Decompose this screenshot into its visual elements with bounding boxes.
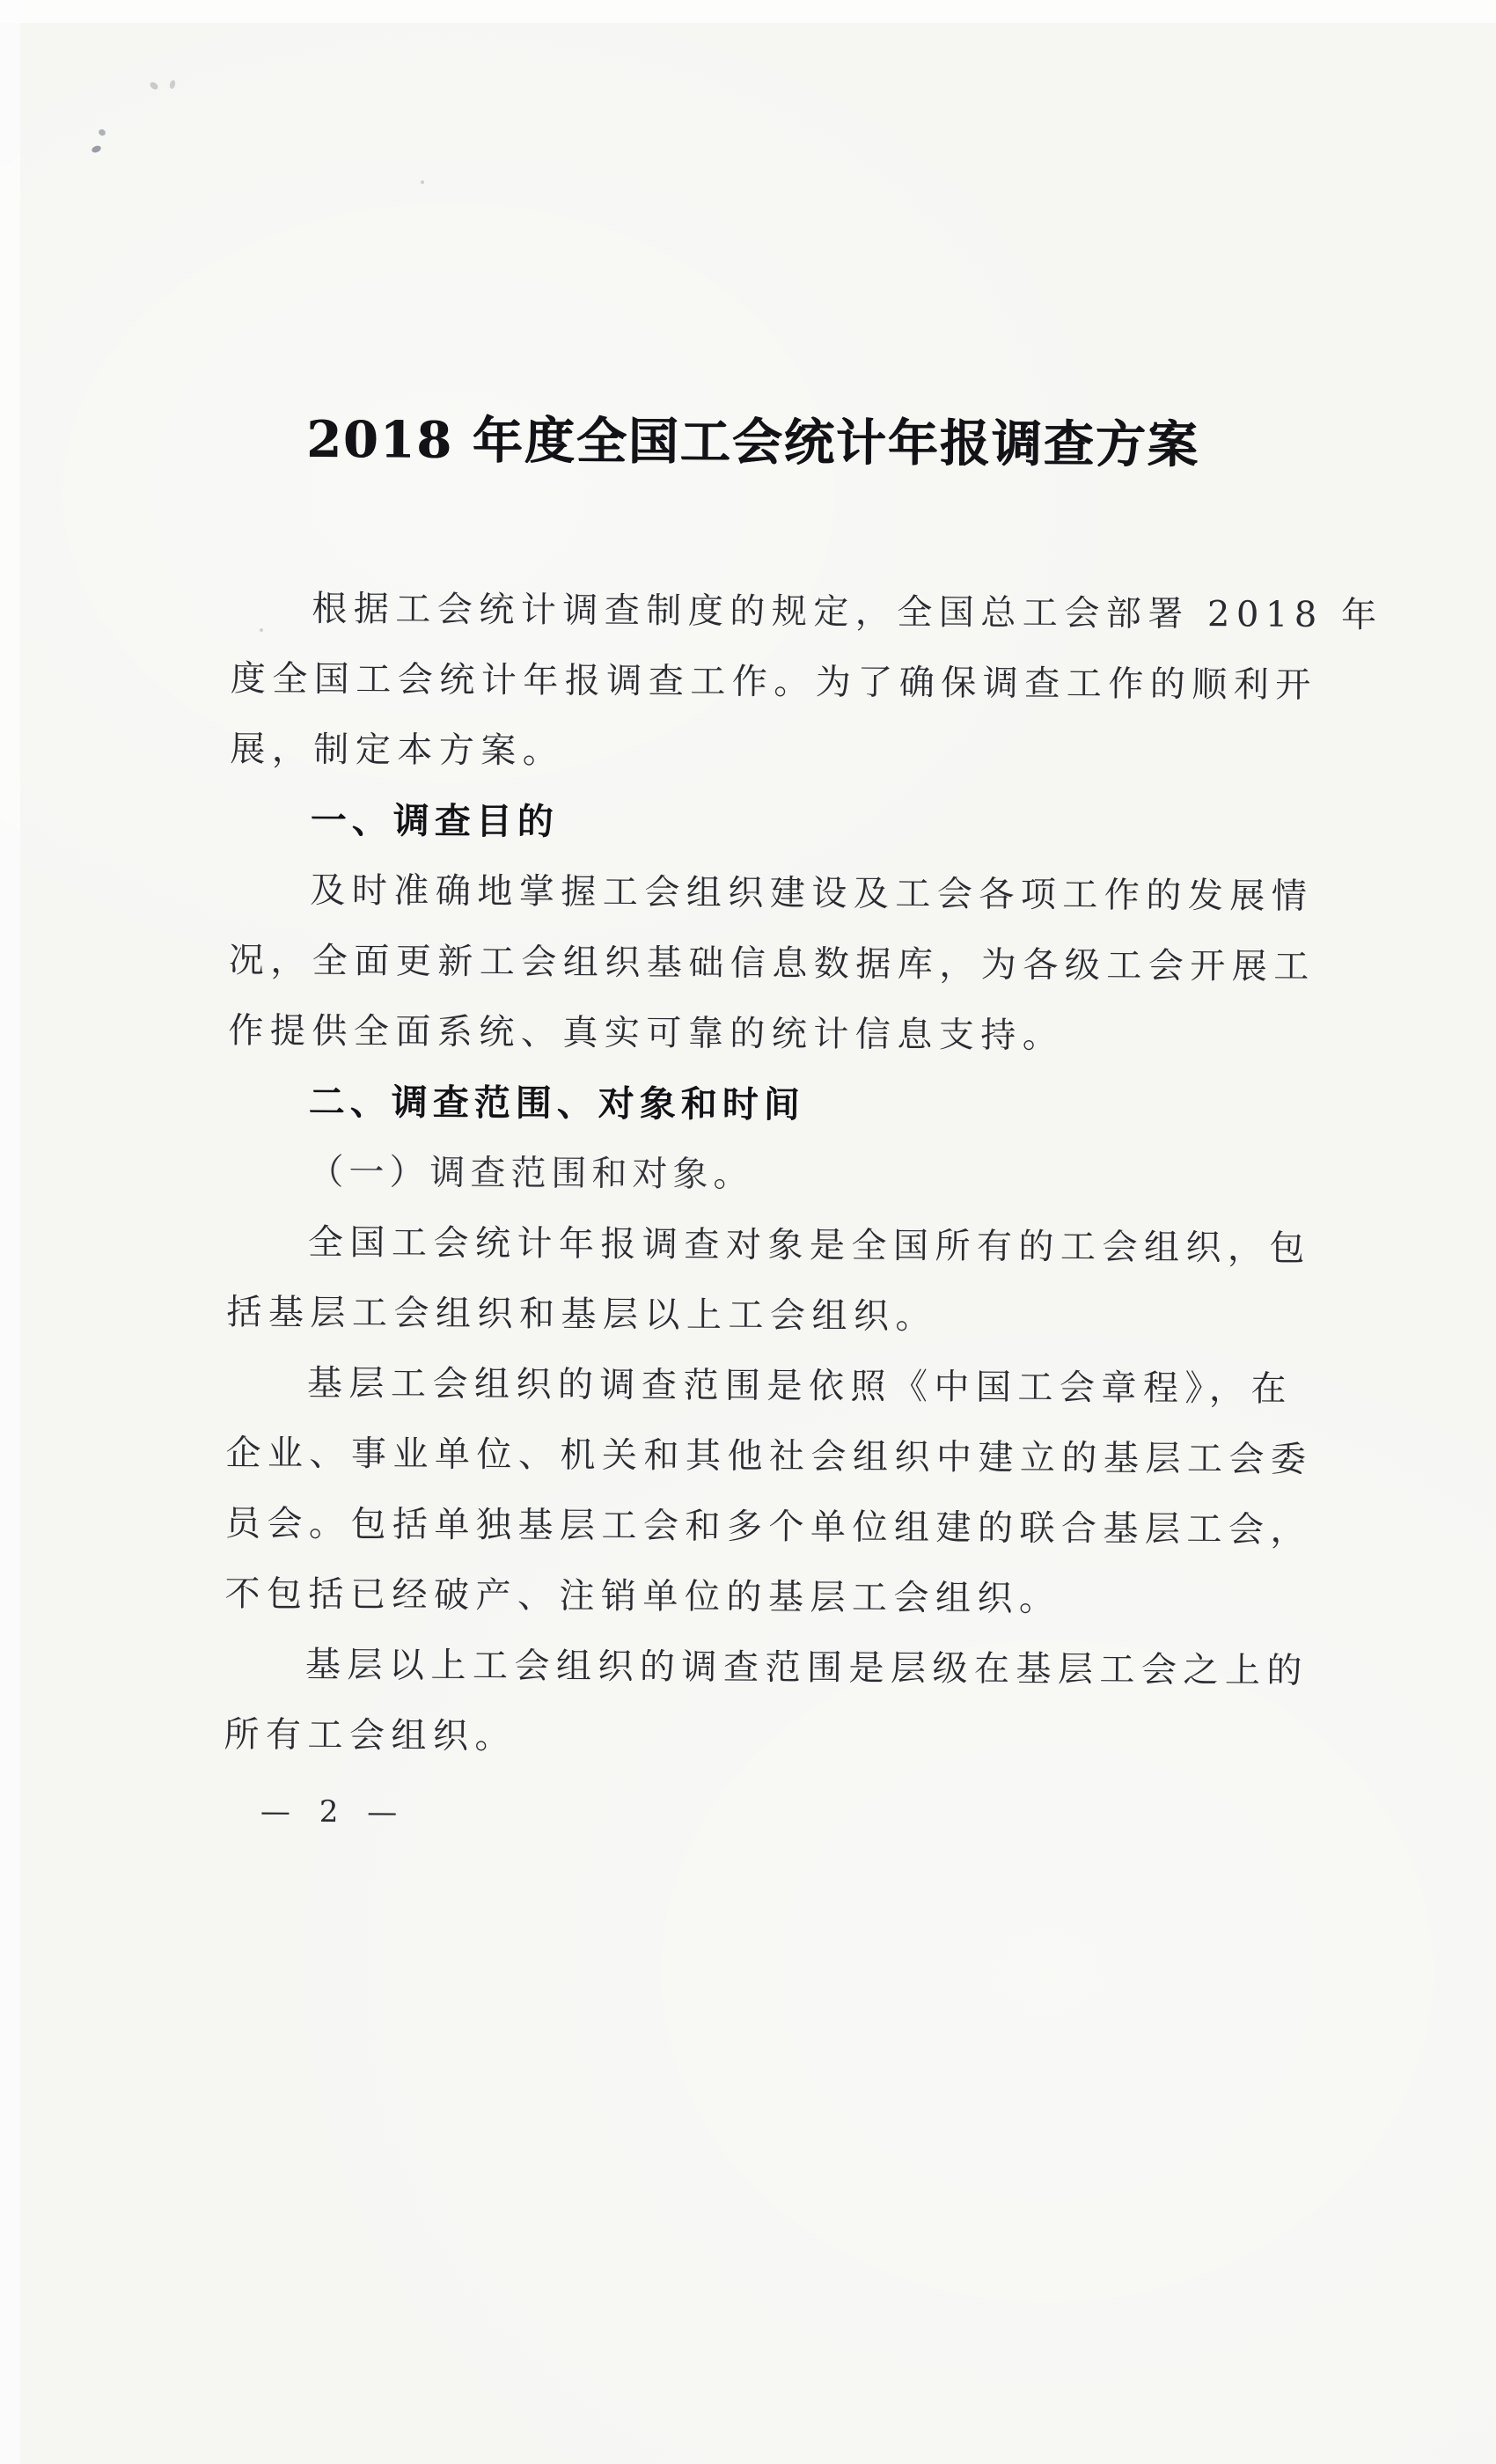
section-heading: 一、调查目的 [230,784,1338,862]
text-line: 况，全面更新工会组织基础信息数据库，为各级工会开展工 [229,925,1338,1002]
text-line: 企业、事业单位、机关和其他社会组织中建立的基层工会委 [225,1418,1334,1495]
text-line: 基层工会组织的调查范围是依照《中国工会章程》，在 [226,1347,1335,1425]
text-line: 所有工会组织。 [224,1699,1332,1777]
page-content: 2018 年度全国工会统计年报调查方案 根据工会统计调查制度的规定，全国总工会部… [0,0,1496,2464]
text-line: 作提供全面系统、真实可靠的统计信息支持。 [228,995,1337,1073]
text-line: （一）调查范围和对象。 [227,1136,1336,1214]
document-title: 2018 年度全国工会统计年报调查方案 [4,409,1496,476]
text-line: 不包括已经破产、注销单位的基层工会组织。 [224,1558,1333,1636]
document-body: 根据工会统计调查制度的规定，全国总工会部署 2018 年度全国工会统计年报调查工… [224,573,1339,1777]
text-line: 员会。包括单独基层工会和多个单位组建的联合基层工会， [225,1488,1334,1566]
section-heading: 二、调查范围、对象和时间 [228,1066,1337,1143]
scanned-page: 2018 年度全国工会统计年报调查方案 根据工会统计调查制度的规定，全国总工会部… [0,0,1496,2464]
text-line: 根据工会统计调查制度的规定，全国总工会部署 2018 年 [231,573,1339,650]
text-line: 括基层工会组织和基层以上工会组织。 [226,1277,1335,1354]
text-line: 及时准确地掌握工会组织建设及工会各项工作的发展情 [229,854,1338,932]
text-line: 展，制定本方案。 [230,714,1338,791]
text-line: 度全国工会统计年报调查工作。为了确保调查工作的顺利开 [231,643,1339,721]
text-line: 全国工会统计年报调查对象是全国所有的工会组织，包 [227,1206,1336,1284]
page-number: — 2 — [260,1794,402,1830]
text-line: 基层以上工会组织的调查范围是层级在基层工会之上的 [224,1629,1333,1706]
